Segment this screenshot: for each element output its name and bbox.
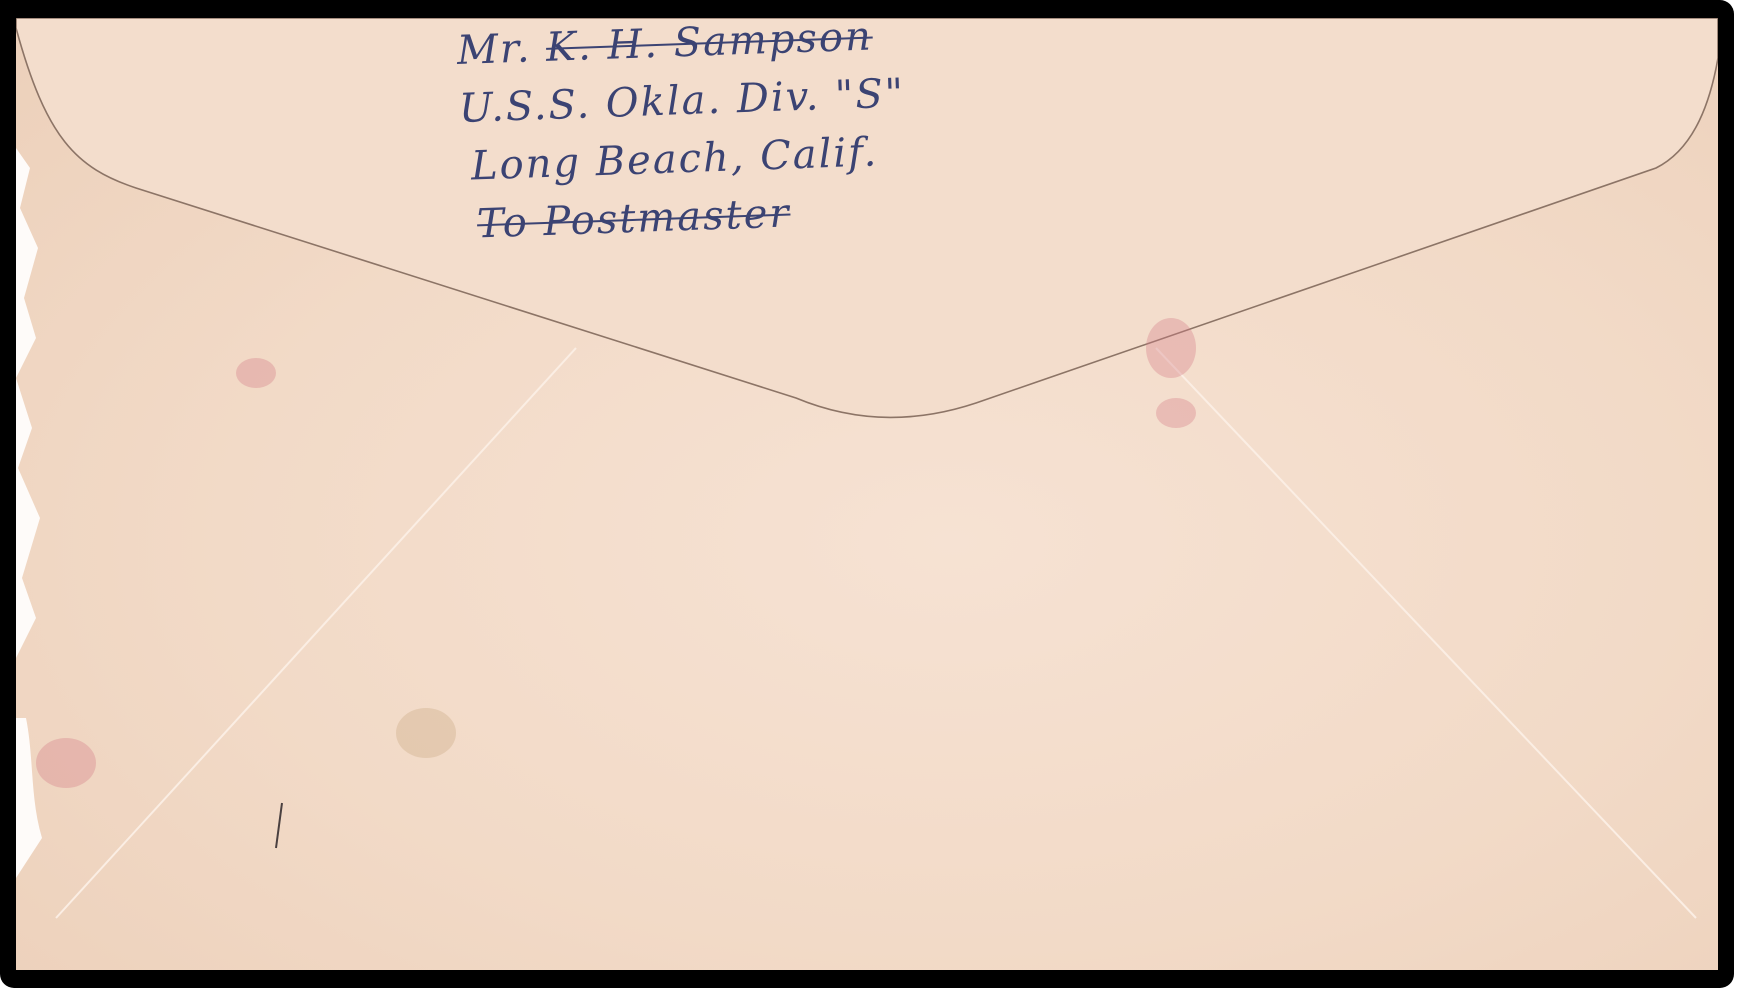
pencil-mark bbox=[276, 803, 282, 848]
envelope-back: Mr. K. H. Sampson U.S.S. Okla. Div. "S" … bbox=[16, 18, 1718, 970]
red-stain bbox=[1146, 318, 1196, 378]
left-fold-crease bbox=[56, 348, 576, 918]
name-prefix: Mr. bbox=[456, 25, 532, 74]
handwritten-return-address: Mr. K. H. Sampson U.S.S. Okla. Div. "S" … bbox=[456, 18, 910, 254]
red-stain bbox=[36, 738, 96, 788]
sender-name: K. H. Sampson bbox=[545, 18, 873, 71]
right-fold-crease bbox=[1156, 348, 1696, 918]
red-stain bbox=[236, 358, 276, 388]
red-stain bbox=[1156, 398, 1196, 428]
torn-edge-lower bbox=[16, 718, 42, 878]
brown-stain bbox=[396, 708, 456, 758]
